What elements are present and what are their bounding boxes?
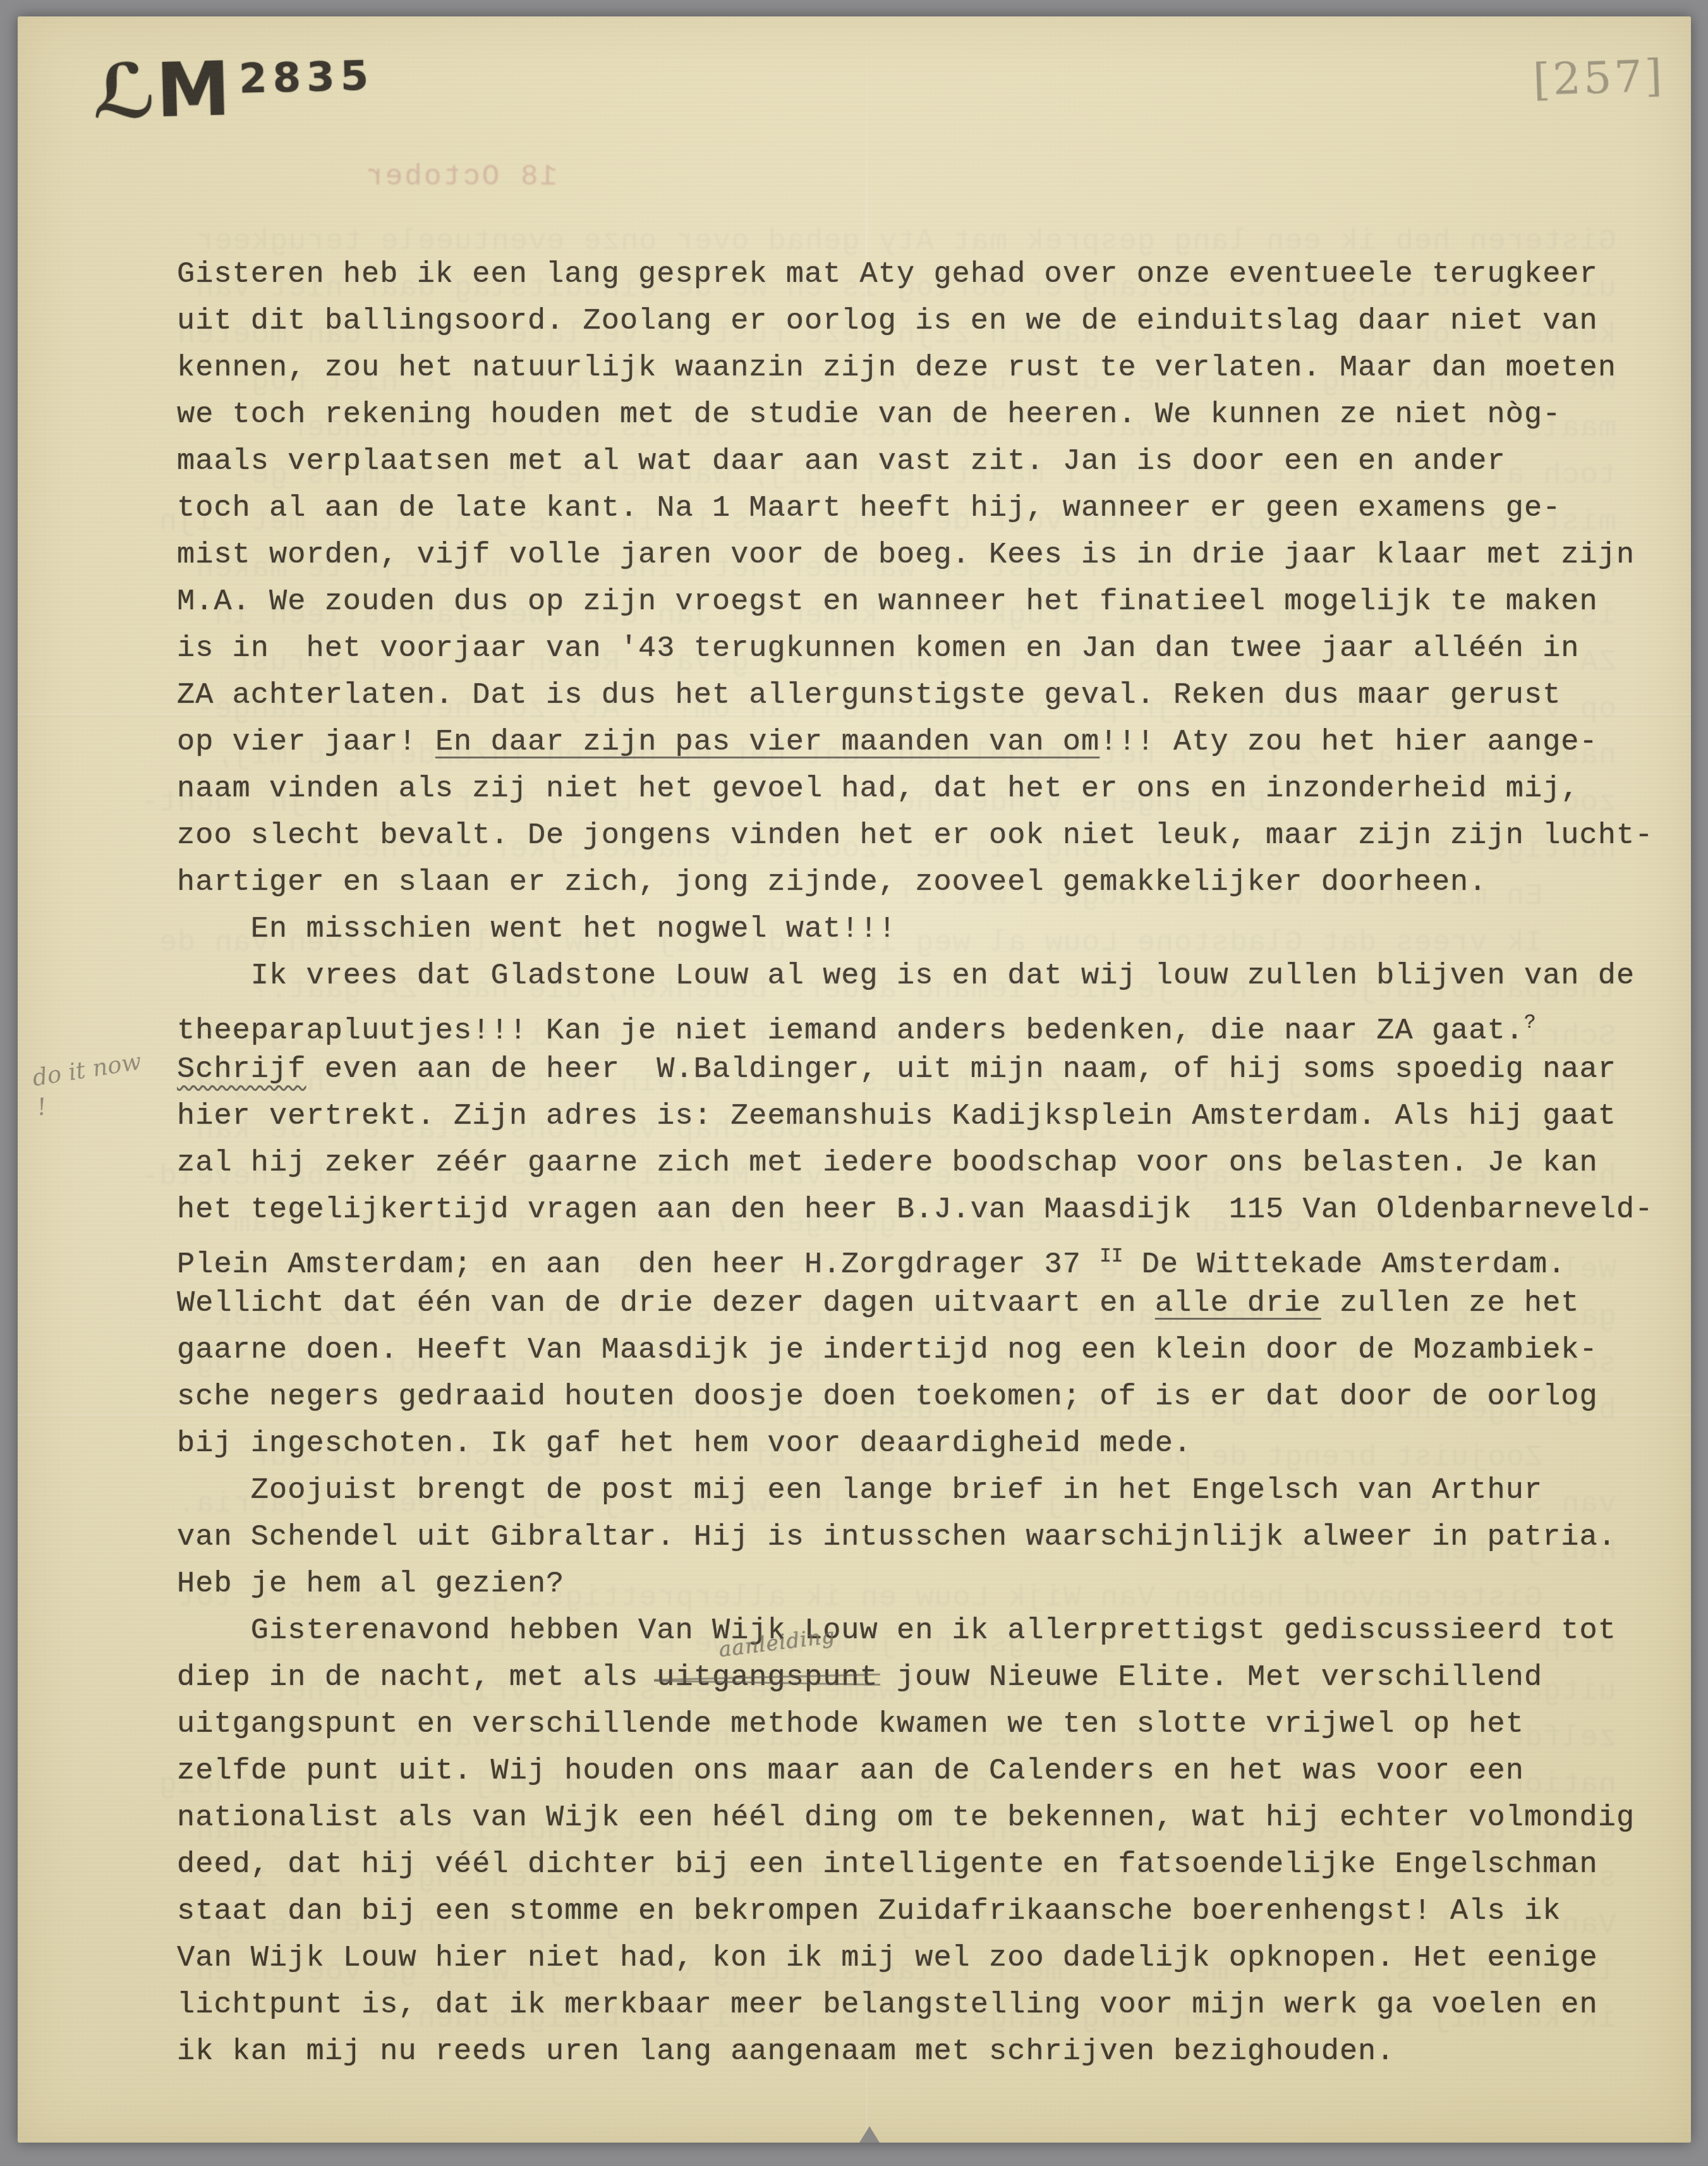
letter-line: En misschien went het nogwel wat!!!: [177, 906, 1687, 953]
letter-text-segment: Zoojuist brengt de post mij een lange br…: [177, 1474, 1542, 1507]
letter-line: Heb je hem al gezien?: [177, 1561, 1687, 1608]
letter-text-segment: naam vinden als zij niet het gevoel had,…: [177, 772, 1580, 806]
letter-text-segment: diep in de nacht, met als: [177, 1661, 657, 1694]
letter-line: hartiger en slaan er zich, jong zijnde, …: [177, 860, 1687, 906]
letter-line: bij ingeschoten. Ik gaf het hem voor dea…: [177, 1421, 1687, 1468]
letter-line: naam vinden als zij niet het gevoel had,…: [177, 766, 1687, 813]
letter-text-segment: Ik vrees dat Gladstone Louw al weg is en…: [177, 959, 1635, 993]
letter-text-segment: mist worden, vijf volle jaren voor de bo…: [177, 538, 1635, 572]
letter-line: staat dan bij een stomme en bekrompen Zu…: [177, 1889, 1687, 1935]
letter-text-segment: sche negers gedraaid houten doosje doen …: [177, 1380, 1598, 1414]
letter-line: Zoojuist brengt de post mij een lange br…: [177, 1468, 1687, 1514]
letter-text-segment: gaarne doen. Heeft Van Maasdijk je inder…: [177, 1334, 1598, 1367]
corrected-word: aanleidinguitgangspunt: [657, 1661, 878, 1694]
margin-note-handwritten: do it now !: [30, 1045, 152, 1122]
letter-text-segment: II: [1099, 1246, 1123, 1268]
letter-line: uitgangspunt en verschillende methode kw…: [177, 1701, 1687, 1748]
letter-line: is in het voorjaar van '43 terugkunnen k…: [177, 626, 1687, 672]
letter-text-segment: op vier jaar!: [177, 726, 435, 759]
letter-text-segment: kennen, zou het natuurlijk waanzin zijn …: [177, 351, 1616, 385]
letter-text-segment: deed, dat hij véél dichter bij een intel…: [177, 1848, 1598, 1882]
letter-line: kennen, zou het natuurlijk waanzin zijn …: [177, 345, 1687, 392]
letter-text-segment: Schrijf: [177, 1053, 306, 1086]
letter-line: M.A. We zouden dus op zijn vroegst en wa…: [177, 579, 1687, 626]
letter-line: uit dit ballingsoord. Zoolang er oorlog …: [177, 298, 1687, 345]
letter-text-segment: En daar zijn pas vier maanden van om: [435, 726, 1099, 759]
letter-line: ik kan mij nu reeds uren lang aangenaam …: [177, 2029, 1687, 2076]
letter-line: zelfde punt uit. Wij houden ons maar aan…: [177, 1748, 1687, 1795]
letter-page: Gisteren heb ik een lang gesprek mat Aty…: [18, 16, 1691, 2143]
letter-line: diep in de nacht, met als aanleidinguitg…: [177, 1655, 1687, 1701]
letter-text: Gisteren heb ik een lang gesprek mat Aty…: [177, 252, 1687, 2076]
letter-text-segment: hartiger en slaan er zich, jong zijnde, …: [177, 866, 1487, 899]
paper-bottom-notch: [859, 2126, 880, 2143]
letter-line: op vier jaar! En daar zijn pas vier maan…: [177, 719, 1687, 766]
letter-line: deed, dat hij véél dichter bij een intel…: [177, 1842, 1687, 1889]
letter-line: zal hij zeker zéér gaarne zich met ieder…: [177, 1140, 1687, 1187]
letter-text-segment: theeparapluutjes!!! Kan je niet iemand a…: [177, 1014, 1524, 1048]
letter-line: het tegelijkertijd vragen aan den heer B…: [177, 1187, 1687, 1234]
letter-text-segment: toch al aan de late kant. Na 1 Maart hee…: [177, 492, 1561, 525]
letter-text-segment: jouw Nieuwe Elite. Met verschillend: [878, 1661, 1542, 1694]
letter-line: nationalist als van Wijk een héél ding o…: [177, 1795, 1687, 1842]
letter-text-segment: alle drie: [1155, 1287, 1321, 1320]
letter-text-segment: ?: [1524, 1012, 1536, 1034]
letter-text-segment: staat dan bij een stomme en bekrompen Zu…: [177, 1895, 1561, 1928]
letter-line: ZA achterlaten. Dat is dus het allerguns…: [177, 672, 1687, 719]
letter-line: Schrijf even aan de heer W.Baldinger, ui…: [177, 1047, 1687, 1093]
letter-line: Gisterenavond hebben Van Wijk Louw en ik…: [177, 1608, 1687, 1655]
letter-line: zoo slecht bevalt. De jongens vinden het…: [177, 813, 1687, 860]
letter-line: Van Wijk Louw hier niet had, kon ik mij …: [177, 1935, 1687, 1982]
letter-line: Ik vrees dat Gladstone Louw al weg is en…: [177, 953, 1687, 1000]
letter-line: we toch rekening houden met de studie va…: [177, 392, 1687, 439]
bleedthrough-date: 18 October: [364, 161, 557, 193]
page-number-annotation: [257]: [1532, 49, 1666, 106]
stamp-number: 2835: [238, 52, 375, 103]
letter-text-segment: zelfde punt uit. Wij houden ons maar aan…: [177, 1755, 1524, 1788]
letter-line: Wellicht dat één van de drie dezer dagen…: [177, 1281, 1687, 1327]
letter-text-segment: uitgangspunt en verschillende methode kw…: [177, 1708, 1524, 1741]
letter-line: sche negers gedraaid houten doosje doen …: [177, 1374, 1687, 1421]
letter-line: van Schendel uit Gibraltar. Hij is intus…: [177, 1514, 1687, 1561]
letter-line: Gisteren heb ik een lang gesprek mat Aty…: [177, 252, 1687, 298]
letter-text-segment: De Wittekade Amsterdam.: [1123, 1248, 1566, 1282]
letter-text-segment: Heb je hem al gezien?: [177, 1567, 564, 1601]
letter-text-segment: van Schendel uit Gibraltar. Hij is intus…: [177, 1521, 1616, 1554]
collection-stamp: ℒM 2835: [92, 47, 376, 130]
letter-text-segment: is in het voorjaar van '43 terugkunnen k…: [177, 632, 1580, 666]
letter-text-segment: Wellicht dat één van de drie dezer dagen…: [177, 1287, 1155, 1320]
letter-line: lichtpunt is, dat ik merkbaar meer belan…: [177, 1982, 1687, 2029]
letter-text-segment: Gisteren heb ik een lang gesprek mat Aty…: [177, 258, 1598, 291]
letter-text-segment: En misschien went het nogwel wat!!!: [177, 913, 897, 946]
letter-line: toch al aan de late kant. Na 1 Maart hee…: [177, 485, 1687, 532]
letter-text-segment: Plein Amsterdam; en aan den heer H.Zorgd…: [177, 1248, 1099, 1282]
letter-line: hier vertrekt. Zijn adres is: Zeemanshui…: [177, 1093, 1687, 1140]
letter-line: theeparapluutjes!!! Kan je niet iemand a…: [177, 1000, 1687, 1047]
letter-text-segment: ZA achterlaten. Dat is dus het allerguns…: [177, 679, 1561, 712]
letter-text-segment: hier vertrekt. Zijn adres is: Zeemanshui…: [177, 1100, 1616, 1133]
letter-text-segment: uitgangspunt: [657, 1661, 878, 1694]
stamp-monogram: ℒM: [92, 51, 231, 130]
letter-text-segment: !!! Aty zou het hier aange-: [1099, 726, 1598, 759]
letter-line: maals verplaatsen met al wat daar aan va…: [177, 439, 1687, 485]
letter-text-segment: ik kan mij nu reeds uren lang aangenaam …: [177, 2035, 1395, 2069]
letter-line: gaarne doen. Heeft Van Maasdijk je inder…: [177, 1327, 1687, 1374]
letter-text-segment: we toch rekening houden met de studie va…: [177, 398, 1561, 432]
letter-text-segment: Van Wijk Louw hier niet had, kon ik mij …: [177, 1942, 1598, 1975]
letter-text-segment: zal hij zeker zéér gaarne zich met ieder…: [177, 1147, 1598, 1180]
letter-text-segment: even aan de heer W.Baldinger, uit mijn n…: [306, 1053, 1616, 1086]
letter-text-segment: nationalist als van Wijk een héél ding o…: [177, 1801, 1635, 1835]
letter-text-segment: maals verplaatsen met al wat daar aan va…: [177, 445, 1506, 478]
letter-text-segment: lichtpunt is, dat ik merkbaar meer belan…: [177, 1988, 1598, 2022]
letter-text-segment: het tegelijkertijd vragen aan den heer B…: [177, 1193, 1653, 1227]
letter-text-segment: zullen ze het: [1321, 1287, 1580, 1320]
letter-text-segment: bij ingeschoten. Ik gaf het hem voor dea…: [177, 1427, 1192, 1461]
letter-text-segment: Gisterenavond hebben Van Wijk Louw en ik…: [177, 1614, 1616, 1648]
letter-text-segment: M.A. We zouden dus op zijn vroegst en wa…: [177, 585, 1598, 619]
letter-text-segment: uit dit ballingsoord. Zoolang er oorlog …: [177, 305, 1598, 338]
letter-line: Plein Amsterdam; en aan den heer H.Zorgd…: [177, 1234, 1687, 1281]
letter-text-segment: zoo slecht bevalt. De jongens vinden het…: [177, 819, 1653, 853]
letter-line: mist worden, vijf volle jaren voor de bo…: [177, 532, 1687, 579]
